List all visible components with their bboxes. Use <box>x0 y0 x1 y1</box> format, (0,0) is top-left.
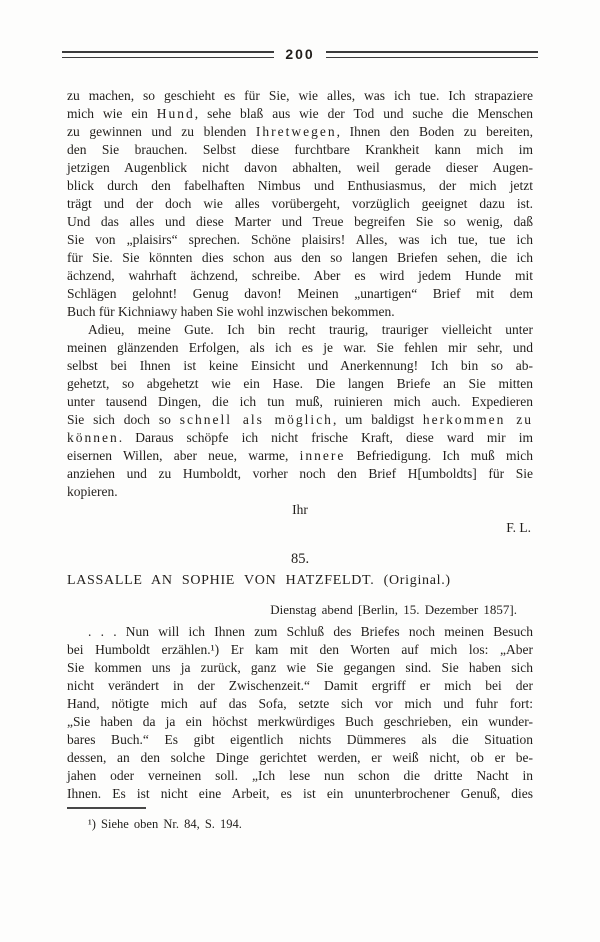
text-line: Hand, nötigte mich auf das Sofa, setzte … <box>67 695 533 713</box>
paragraph: . . . Nun will ich Ihnen zum Schluß des … <box>67 623 533 803</box>
letterspaced-text: Hund <box>157 106 195 121</box>
text-segment: selbst bei Ihnen ist keine Einsicht und … <box>67 358 533 373</box>
text-segment: jahen oder verneinen soll. „Ich lese nun… <box>67 768 533 783</box>
text-line: meinen glänzenden Erfolgen, als ich es j… <box>67 339 533 357</box>
text-segment: gehetzt, so abgehetzt wie ein Hase. Die … <box>67 376 533 391</box>
text-line: eisernen Willen, aber neue, warme, inner… <box>67 447 533 465</box>
text-segment: dessen, an den solche Dinge gerichtet we… <box>67 750 533 765</box>
text-line: . . . Nun will ich Ihnen zum Schluß des … <box>67 623 533 641</box>
text-segment: blick durch den fabelhaften Nimbus und E… <box>67 178 533 193</box>
text-line: Sie kommen uns ja zurück, ganz wie Sie g… <box>67 659 533 677</box>
text-segment: meinen glänzenden Erfolgen, als ich es j… <box>67 340 533 355</box>
footnote: ¹) Siehe oben Nr. 84, S. 194. <box>67 815 533 833</box>
text-segment: bei Humboldt erzählen.¹) Er kam mit den … <box>67 642 533 657</box>
text-segment: nicht verändert in der Zwischenzeit.“ Da… <box>67 678 533 693</box>
text-segment: eisernen Willen, aber neue, warme, <box>67 448 300 463</box>
text-segment: für Sie. Sie könnten dies schon aus den … <box>67 250 533 265</box>
text-segment: unter tausend Dingen, die ich tun muß, r… <box>67 394 533 409</box>
signature-initials: F. L. <box>67 519 533 537</box>
header-rule-left <box>62 51 274 58</box>
text-segment: . . . Nun will ich Ihnen zum Schluß des … <box>88 624 533 639</box>
page-number: 200 <box>285 47 314 62</box>
text-line: anziehen und zu Humboldt, vorher noch de… <box>67 465 533 483</box>
letterspaced-text: können <box>67 430 119 445</box>
text-line: ächzend, wahrhaft ächzend, schreibe. Abe… <box>67 267 533 285</box>
text-line: jetzigen Augenblick nicht davon abhalten… <box>67 159 533 177</box>
text-segment: Sie kommen uns ja zurück, ganz wie Sie g… <box>67 660 533 675</box>
signature-salutation: Ihr <box>67 501 533 519</box>
text-line: Buch für Kichniawy haben Sie wohl inzwis… <box>67 303 533 321</box>
text-segment: Sie von „plaisirs“ sprechen. Schöne plai… <box>67 232 533 247</box>
text-segment: ächzend, wahrhaft ächzend, schreibe. Abe… <box>67 268 533 283</box>
text-segment: zu machen, so geschieht es für Sie, wie … <box>67 88 533 103</box>
text-line: unter tausend Dingen, die ich tun muß, r… <box>67 393 533 411</box>
letterspaced-text: schnell als möglich <box>180 412 333 427</box>
text-segment: „Sie haben da ja ein höchst merkwürdiges… <box>67 714 533 729</box>
text-segment: bares Buch.“ Es gibt eigentlich nichts D… <box>67 732 533 747</box>
text-line: „Sie haben da ja ein höchst merkwürdiges… <box>67 713 533 731</box>
text-segment: , sehe blaß aus wie der Tod und suche di… <box>195 106 533 121</box>
letterspaced-text: innere <box>300 448 346 463</box>
text-line: selbst bei Ihnen ist keine Einsicht und … <box>67 357 533 375</box>
text-line: den Sie brauchen. Selbst diese furchtbar… <box>67 141 533 159</box>
text-line: jahen oder verneinen soll. „Ich lese nun… <box>67 767 533 785</box>
text-segment: anziehen und zu Humboldt, vorher noch de… <box>67 466 533 481</box>
text-line: Ihnen. Es ist nicht eine Arbeit, es ist … <box>67 785 533 803</box>
text-line: zu gewinnen und zu blenden Ihretwegen, I… <box>67 123 533 141</box>
text-segment: . Daraus schöpfe ich nicht frische Kraft… <box>119 430 533 445</box>
text-line: bei Humboldt erzählen.¹) Er kam mit den … <box>67 641 533 659</box>
text-line: blick durch den fabelhaften Nimbus und E… <box>67 177 533 195</box>
text-segment: zu gewinnen und zu blenden <box>67 124 256 139</box>
text-line: mich wie ein Hund, sehe blaß aus wie der… <box>67 105 533 123</box>
text-segment: Ihnen. Es ist nicht eine Arbeit, es ist … <box>67 786 533 801</box>
text-line: trägt und der doch wie alles vorübergeht… <box>67 195 533 213</box>
text-segment: Hand, nötigte mich auf das Sofa, setzte … <box>67 696 533 711</box>
text-segment: kopieren. <box>67 484 118 499</box>
text-segment: Adieu, meine Gute. Ich bin recht traurig… <box>88 322 533 337</box>
paragraph: Adieu, meine Gute. Ich bin recht traurig… <box>67 321 533 501</box>
letterspaced-text: Ihretwegen <box>256 124 337 139</box>
text-line: Schlägen gelohnt! Genug davon! Meinen „u… <box>67 285 533 303</box>
running-head: 200 <box>62 47 538 62</box>
dateline: Dienstag abend [Berlin, 15. Dezember 185… <box>67 601 533 619</box>
text-line: gehetzt, so abgehetzt wie ein Hase. Die … <box>67 375 533 393</box>
letter-two-body: . . . Nun will ich Ihnen zum Schluß des … <box>67 623 533 803</box>
text-line: bares Buch.“ Es gibt eigentlich nichts D… <box>67 731 533 749</box>
text-line: Adieu, meine Gute. Ich bin recht traurig… <box>67 321 533 339</box>
text-segment: Sie sich doch so <box>67 412 180 427</box>
text-line: Und das alles und diese Marter und Treue… <box>67 213 533 231</box>
paragraph: zu machen, so geschieht es für Sie, wie … <box>67 87 533 321</box>
text-line: nicht verändert in der Zwischenzeit.“ Da… <box>67 677 533 695</box>
text-segment: Buch für Kichniawy haben Sie wohl inzwis… <box>67 304 395 319</box>
text-line: zu machen, so geschieht es für Sie, wie … <box>67 87 533 105</box>
letter-heading: LASSALLE AN SOPHIE VON HATZFELDT. (Origi… <box>67 572 533 590</box>
letter-one-body: zu machen, so geschieht es für Sie, wie … <box>67 87 533 501</box>
text-segment: Und das alles und diese Marter und Treue… <box>67 214 533 229</box>
text-line: für Sie. Sie könnten dies schon aus den … <box>67 249 533 267</box>
letterspaced-text: herkommen zu <box>423 412 533 427</box>
header-rule-right <box>326 51 538 58</box>
text-segment: , um baldigst <box>333 412 423 427</box>
text-segment: , Ihnen den Boden zu bereiten, <box>337 124 533 139</box>
page-content: zu machen, so geschieht es für Sie, wie … <box>67 87 533 833</box>
section-number: 85. <box>67 550 533 568</box>
text-segment: Schlägen gelohnt! Genug davon! Meinen „u… <box>67 286 533 301</box>
text-line: kopieren. <box>67 483 533 501</box>
text-line: dessen, an den solche Dinge gerichtet we… <box>67 749 533 767</box>
footnote-rule <box>67 807 146 809</box>
text-segment: jetzigen Augenblick nicht davon abhalten… <box>67 160 533 175</box>
text-segment: mich wie ein <box>67 106 157 121</box>
text-line: können. Daraus schöpfe ich nicht frische… <box>67 429 533 447</box>
book-page: 200 zu machen, so geschieht es für Sie, … <box>0 0 600 942</box>
text-segment: trägt und der doch wie alles vorübergeht… <box>67 196 533 211</box>
text-segment: Befriedigung. Ich muß mich <box>345 448 533 463</box>
text-line: Sie sich doch so schnell als möglich, um… <box>67 411 533 429</box>
text-line: Sie von „plaisirs“ sprechen. Schöne plai… <box>67 231 533 249</box>
text-segment: den Sie brauchen. Selbst diese furchtbar… <box>67 142 533 157</box>
